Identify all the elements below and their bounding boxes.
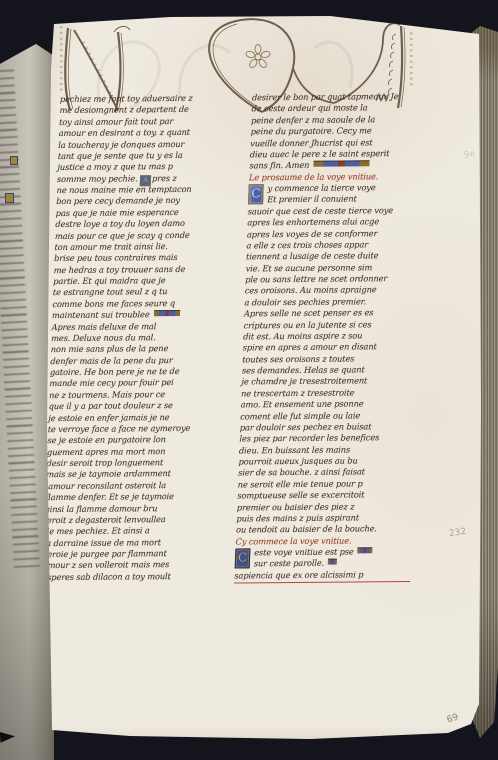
text-segment: a elle z ces trois choses appar [246,239,368,250]
erased-folio-mark: 9e [463,149,476,161]
text-segment: ses demandes. Helas se quant [242,364,365,375]
text-segment: sur ceste parolle. [254,558,325,569]
text-segment: este voye vnitiue est pse [254,546,354,557]
text-segment: pourroit aueux jusques au bu [238,455,357,466]
text-segment: pres z [152,173,177,183]
text-segment: partie. Et qui maidra que je [53,275,166,286]
text-segment: me desiomgnent z departent de [59,104,189,115]
text-segment: ne seroit elle mie tenue pour p [238,478,363,489]
text-segment: comme bons me faces seure q [52,298,175,309]
text-segment: apres les enhortemens alui acge [247,216,379,227]
text-segment: pechiez me font toy aduersaire z [60,93,193,104]
text-segment: y commence la tierce voye [267,182,375,193]
text-segment: Et premier il conuient [267,194,357,205]
text-segment: ces oroisons. Au moins apraigne [245,285,377,296]
text-segment: ple ou sans lettre ne scet ordonner [245,273,387,284]
text-segment: brise peu tous contraires mais [54,252,178,263]
text-segment: mes. Deluxe nous du mal. [51,332,156,343]
text-segment: toy ainsi amour fait tout par [59,116,173,127]
text-segment: apres les voyes de se conformer [247,228,378,239]
text-segment: amour en desirant a toy. z quant [59,127,191,138]
text-segment: ne nous maine mie en temptacon [56,184,191,195]
line-filler-ornament [328,559,337,565]
text-segment: flamme denfer. Et se je taymoie [45,491,174,502]
text-segment: coment elle fut simple ou laie [240,410,360,421]
text-segment: somme moy pechie. [57,173,140,184]
text-block: pechiez me font toy aduersaire zme desio… [6,4,485,748]
text-segment: premier ou baisier des piez z [237,501,355,512]
text-segment: mais se je taymoie ardamment [46,468,171,479]
line-filler-ornament [153,310,179,316]
text-segment: sier de sa bouche. z ainsi faisat [238,467,365,478]
text-line: sapiencia que ex ore alcissimi p [234,569,420,582]
red-underlined-text: sapiencia que ex ore alcissimi p [234,569,410,584]
text-segment: de mes pechiez. Et ainsi a [44,525,150,536]
text-segment: mande mie cecy pour fouir pei [49,377,173,388]
text-segment: justice a moy z que tu mas p [57,161,173,172]
text-segment: denfer mais de la pene du pur [50,355,173,366]
manuscript-page: xxxxxxxxxxxx xxxxxxxxxx [30,8,482,748]
page-edge-marker [0,730,16,743]
text-segment: non mie sans plus de la pene [51,343,169,354]
text-segment: peine denfer z ma saoule de la [251,114,375,125]
line-filler-ornament [358,547,373,553]
text-segment: par douloir ses pechez en buisat [240,421,372,432]
text-segment: me hedras a toy trouuer sans de [54,264,186,275]
text-segment: ton amour me trait ainsi lie. [54,241,168,252]
text-segment: dieu auec le pere z le saint esperit [250,148,390,159]
text-segment: ou tendoit au baisier de la bouche. [236,523,377,534]
text-segment: les piez par recorder les benefices [239,432,379,443]
text-segment: sauoir que cest de ceste tierce voye [248,205,394,216]
text-segment: vueille donner Jhucrist qui est [250,137,373,148]
text-segment: peine du purgatoire. Cecy me [251,125,372,136]
text-segment: gatoire. He bon pere je ne te de [50,366,180,377]
text-segment: Apres selle ne scet penser es es [244,307,374,318]
text-segment: puis des mains z puis aspirant [236,512,359,523]
text-segment: desir seroit trop longuement [46,457,163,468]
text-segment: dit est. Au moins aspire z sou [243,330,363,341]
text-segment: desirer le bon par quat tapmeaux Je [252,91,399,102]
text-segment: tant que je sente que tu y es la [58,150,183,161]
gutter-shadow [0,44,54,760]
text-segment: esperes sab dilacon a toy moult [42,571,171,582]
text-segment: leroit z degasteroit lenvoullea [44,514,166,525]
text-segment: bon pere cecy demande je noy [56,195,180,206]
text-segment: seroie je purgee par flammant [43,548,167,559]
text-segment: maintenant sui troublee [52,309,150,320]
text-segment: tiennent a lusaige de ceste duite [246,250,379,261]
text-segment: je estoie en enfer jamais je ne [48,412,170,423]
text-segment: guement apres ma mort mon [47,446,166,457]
text-segment: destre loye a toy du loyen damo [55,218,185,229]
text-segment: pas que je naie mie esperance [56,207,179,218]
text-segment: amour z sen volleroit mais mes [43,559,170,570]
line-filler-ornament [313,161,369,167]
text-segment: je chamdre je tresestroitement [241,376,367,387]
text-segment: lamour reconsilant osteroit la [46,480,167,491]
text-segment: sans fin. Amen [249,160,309,171]
text-segment: dieu. En buissant les mains [239,444,350,455]
text-line: esperes sab dilacon a toy moult [42,570,238,583]
text-segment: te estrangne tout seul z q tu [53,286,168,297]
text-segment: amo. Et ensement une psonne [241,398,364,409]
text-segment: ne z tourmens. Mais pour ce [49,389,165,400]
text-segment: ainsi la flamme damour bru [45,503,158,514]
text-segment: Le prosaume de la voye vnitiue. [249,171,379,182]
facing-page-edge [0,44,54,760]
text-segment: Apres mais deluxe de mal [51,321,156,332]
text-segment: spire en apres a amour en disant [243,341,377,352]
text-segment: vie. Et se aucune personne sim [246,262,373,273]
text-segment: la darraine issue de ma mort [44,537,162,548]
text-segment: criptures ou en la jutente si ces [243,319,371,330]
text-segment: somptueuse selle se excercitoit [237,489,364,500]
text-segment: se je estoie en purgatoire lon [47,434,166,445]
text-segment: Cy commece la voye vnitiue. [235,535,351,546]
left-text-column: pechiez me font toy aduersaire zme desio… [42,92,256,583]
text-segment: que il y a par tout douleur z se [49,400,173,411]
right-text-column: desirer le bon par quat tapmeaux Jede ce… [234,91,438,582]
text-segment: la toucheray je donques amour [58,138,184,149]
text-segment: te verroye face a face ne aymeroye [48,423,191,434]
photograph-frame: xxxxxxxxxxxx xxxxxxxxxx [0,0,498,760]
text-segment: de ceste ardeur qui moste la [251,103,367,114]
text-segment: a douloir ses pechies premier. [244,296,366,307]
text-segment: toutes ses oroisons z toutes [242,353,354,364]
text-segment: mais pour ce que je scay q conde [55,229,190,240]
text-segment: ne trescertam z tresestroite [241,387,355,398]
